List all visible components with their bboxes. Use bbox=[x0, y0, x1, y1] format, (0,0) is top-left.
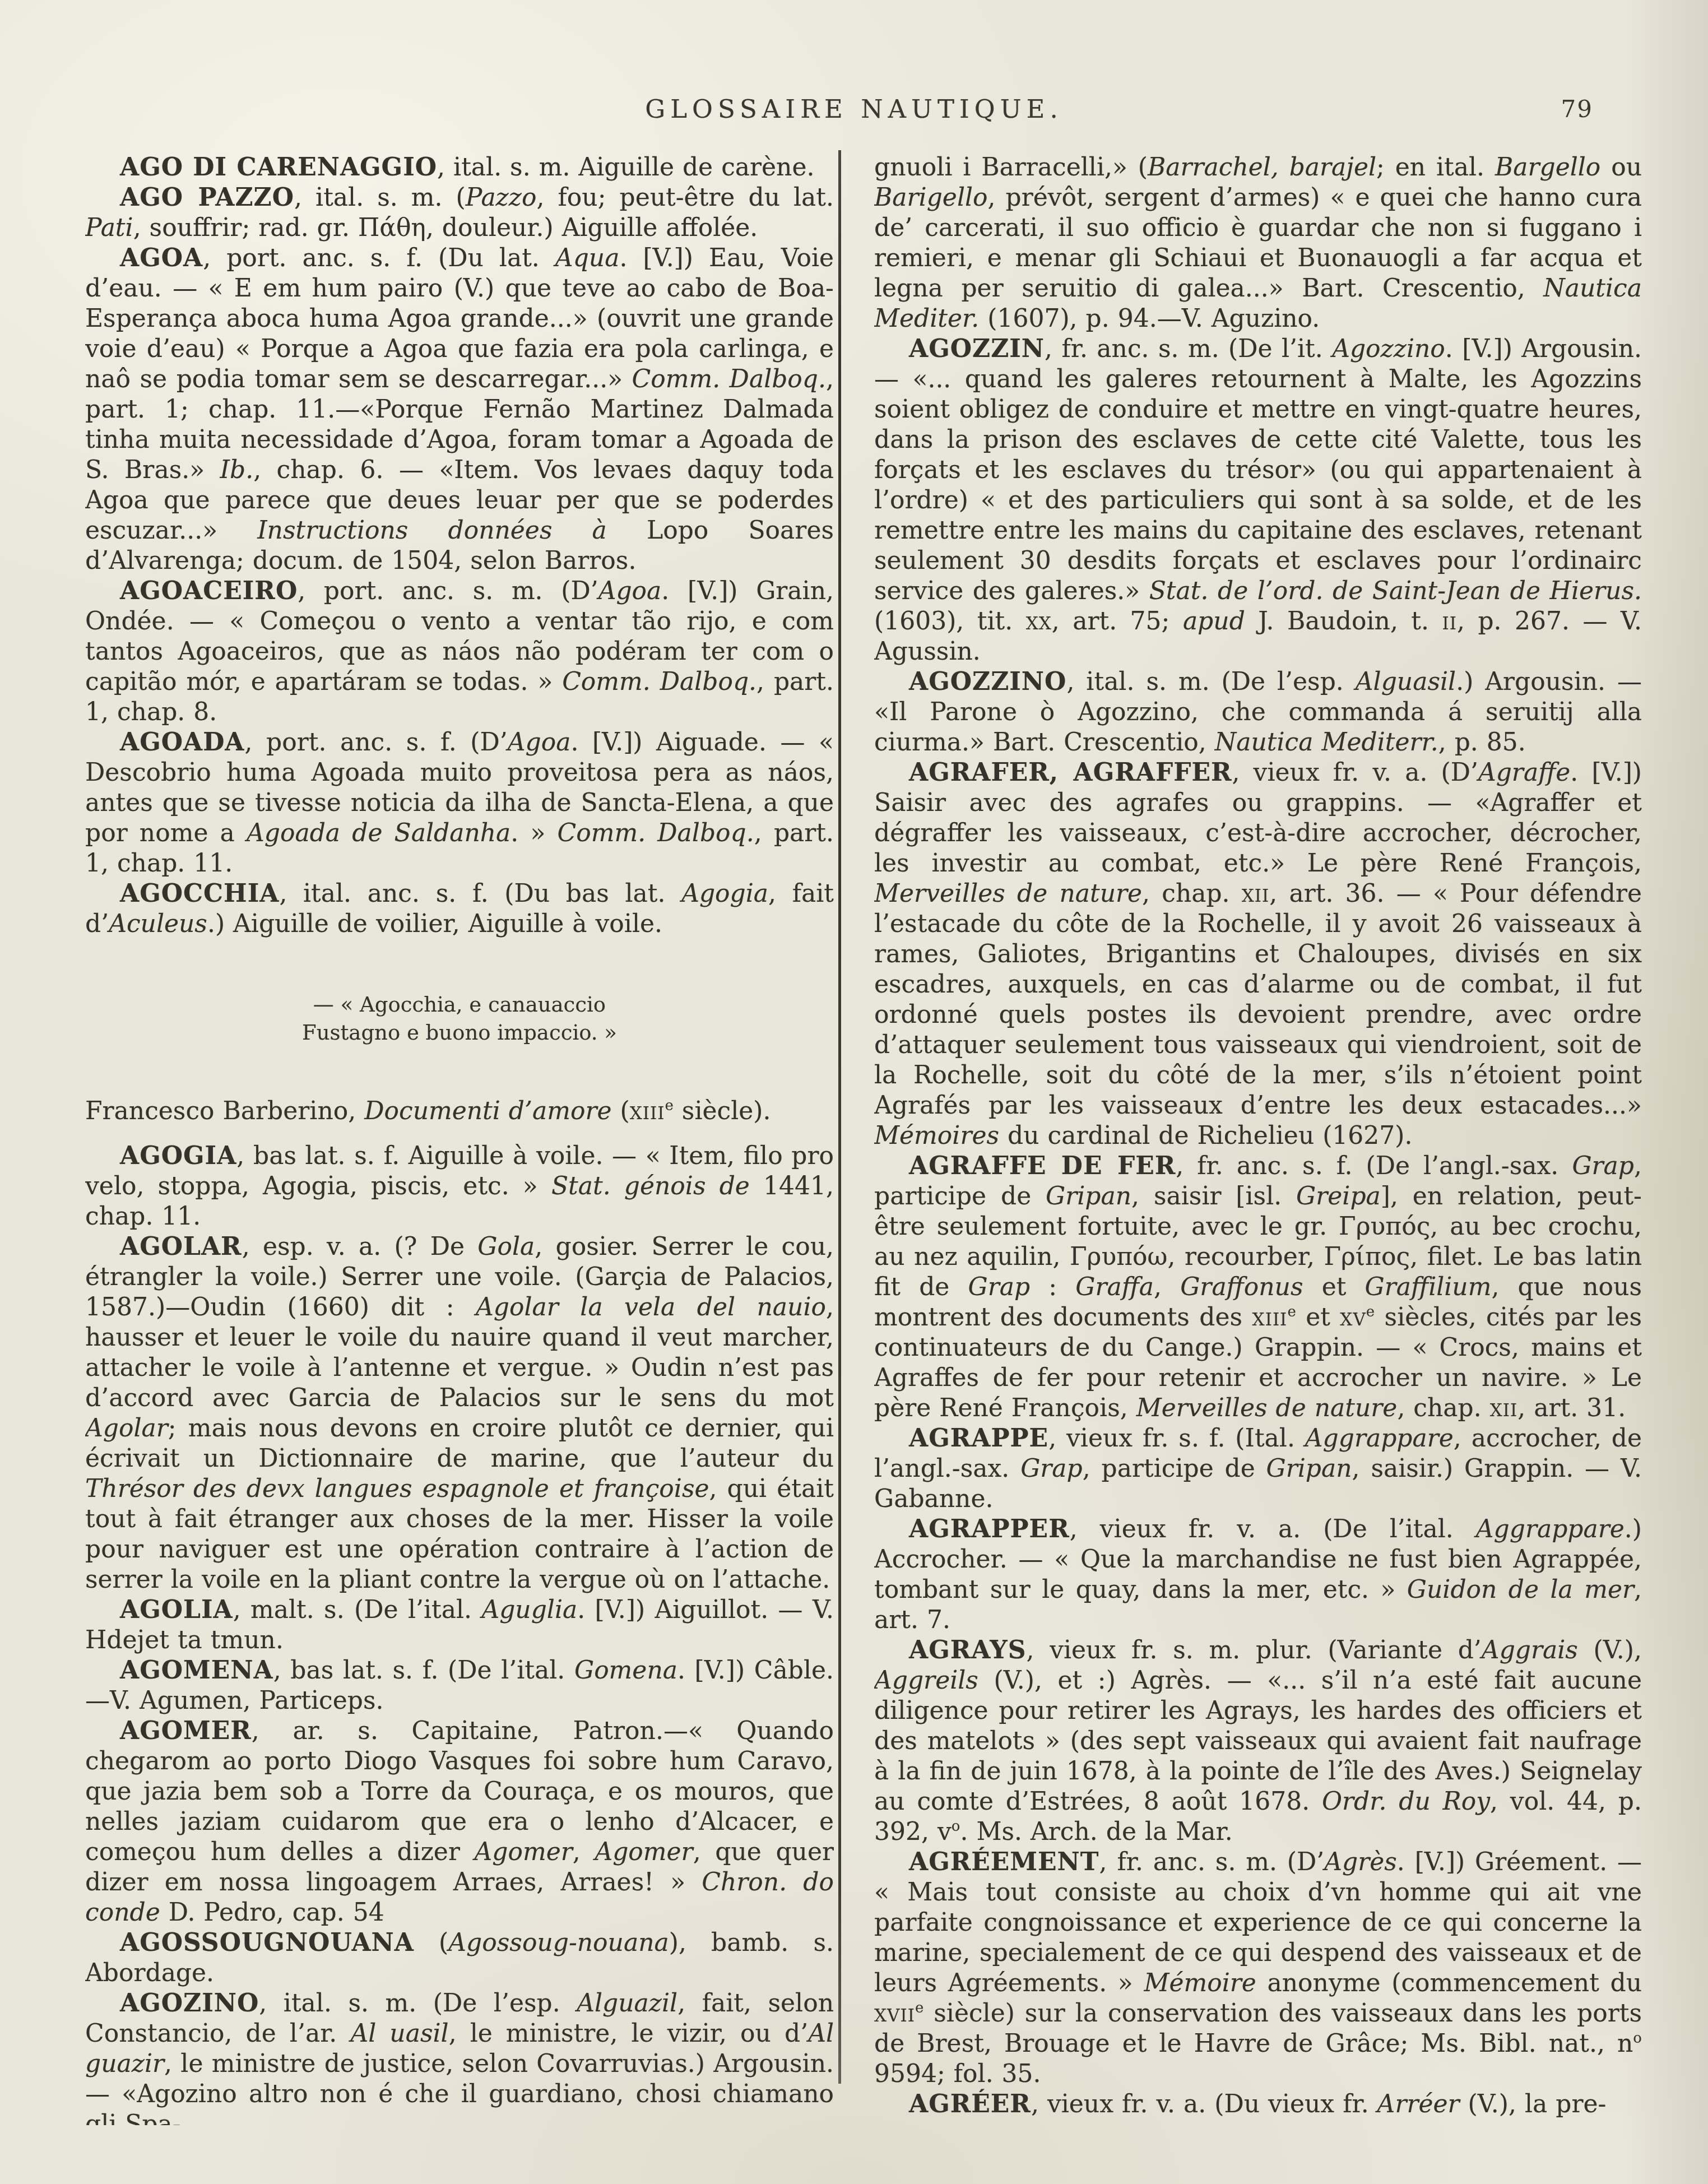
attribution-line: Francesco Barberino, Documenti d’amore (… bbox=[85, 1096, 834, 1126]
entry-agozzino: AGOZZINO, ital. s. m. (De l’esp. Alguasi… bbox=[874, 667, 1642, 758]
right-column: gnuoli i Barracelli,» (Barrachel, baraje… bbox=[874, 152, 1642, 2125]
left-column: AGO DI CARENAGGIO, ital. s. m. Aiguille … bbox=[85, 152, 834, 2125]
entry-agozzin: AGOZZIN, fr. anc. s. m. (De l’it. Agozzi… bbox=[874, 334, 1642, 667]
verse-line: — « Agocchia, e canauaccio bbox=[85, 991, 834, 1019]
entry-ago-pazzo: AGO PAZZO, ital. s. m. (Pazzo, fou; peut… bbox=[85, 183, 834, 243]
entry-agrafer-agraffer: AGRAFER, AGRAFFER, vieux fr. v. a. (D’Ag… bbox=[874, 758, 1642, 1151]
entry-agocchia: AGOCCHIA, ital. anc. s. f. (Du bas lat. … bbox=[85, 879, 834, 939]
entry-agogia: AGOGIA, bas lat. s. f. Aiguille à voile.… bbox=[85, 1141, 834, 1232]
verse-quote: — « Agocchia, e canauaccioFustagno e buo… bbox=[85, 991, 834, 1047]
entry-agoa: AGOA, port. anc. s. f. (Du lat. Aqua. [V… bbox=[85, 243, 834, 576]
entry-agolar: AGOLAR, esp. v. a. (? De Gola, gosier. S… bbox=[85, 1232, 834, 1595]
entry-agozino: AGOZINO, ital. s. m. (De l’esp. Alguazil… bbox=[85, 1988, 834, 2125]
entry-agomena: AGOMENA, bas lat. s. f. (De l’ital. Gome… bbox=[85, 1656, 834, 1716]
entry-agomer: AGOMER, ar. s. Capitaine, Patron.—« Quan… bbox=[85, 1716, 834, 1928]
verse-line: Fustagno e buono impaccio. » bbox=[85, 1019, 834, 1047]
text-columns: AGO DI CARENAGGIO, ital. s. m. Aiguille … bbox=[85, 152, 1642, 2125]
page-header: GLOSSAIRE NAUTIQUE. 79 bbox=[0, 94, 1708, 124]
entry-agrappe: AGRAPPE, vieux fr. s. f. (Ital. Aggrappa… bbox=[874, 1423, 1642, 1514]
entry-agreement: AGRÉEMENT, fr. anc. s. m. (D’Agrès. [V.]… bbox=[874, 1847, 1642, 2089]
continuation-paragraph: gnuoli i Barracelli,» (Barrachel, baraje… bbox=[874, 152, 1642, 334]
entry-agolia: AGOLIA, malt. s. (De l’ital. Aguglia. [V… bbox=[85, 1595, 834, 1656]
entry-agreer: AGRÉER, vieux fr. v. a. (Du vieux fr. Ar… bbox=[874, 2089, 1642, 2120]
entry-ago-di-carenaggio: AGO DI CARENAGGIO, ital. s. m. Aiguille … bbox=[85, 152, 834, 183]
page-number: 79 bbox=[1561, 95, 1593, 123]
page-title: GLOSSAIRE NAUTIQUE. bbox=[645, 94, 1062, 124]
entry-agrapper: AGRAPPER, vieux fr. v. a. (De l’ital. Ag… bbox=[874, 1514, 1642, 1635]
entry-agoaceiro: AGOACEIRO, port. anc. s. m. (D’Agoa. [V.… bbox=[85, 576, 834, 727]
entry-agossougnouana: AGOSSOUGNOUANA (Agossoug-nouana), bamb. … bbox=[85, 1928, 834, 1988]
entry-agoada: AGOADA, port. anc. s. f. (D’Agoa. [V.]) … bbox=[85, 727, 834, 879]
entry-agraffe-de-fer: AGRAFFE DE FER, fr. anc. s. f. (De l’ang… bbox=[874, 1151, 1642, 1423]
scanned-page: GLOSSAIRE NAUTIQUE. 79 AGO DI CARENAGGIO… bbox=[0, 0, 1708, 2184]
entry-agrays: AGRAYS, vieux fr. s. m. plur. (Variante … bbox=[874, 1635, 1642, 1847]
